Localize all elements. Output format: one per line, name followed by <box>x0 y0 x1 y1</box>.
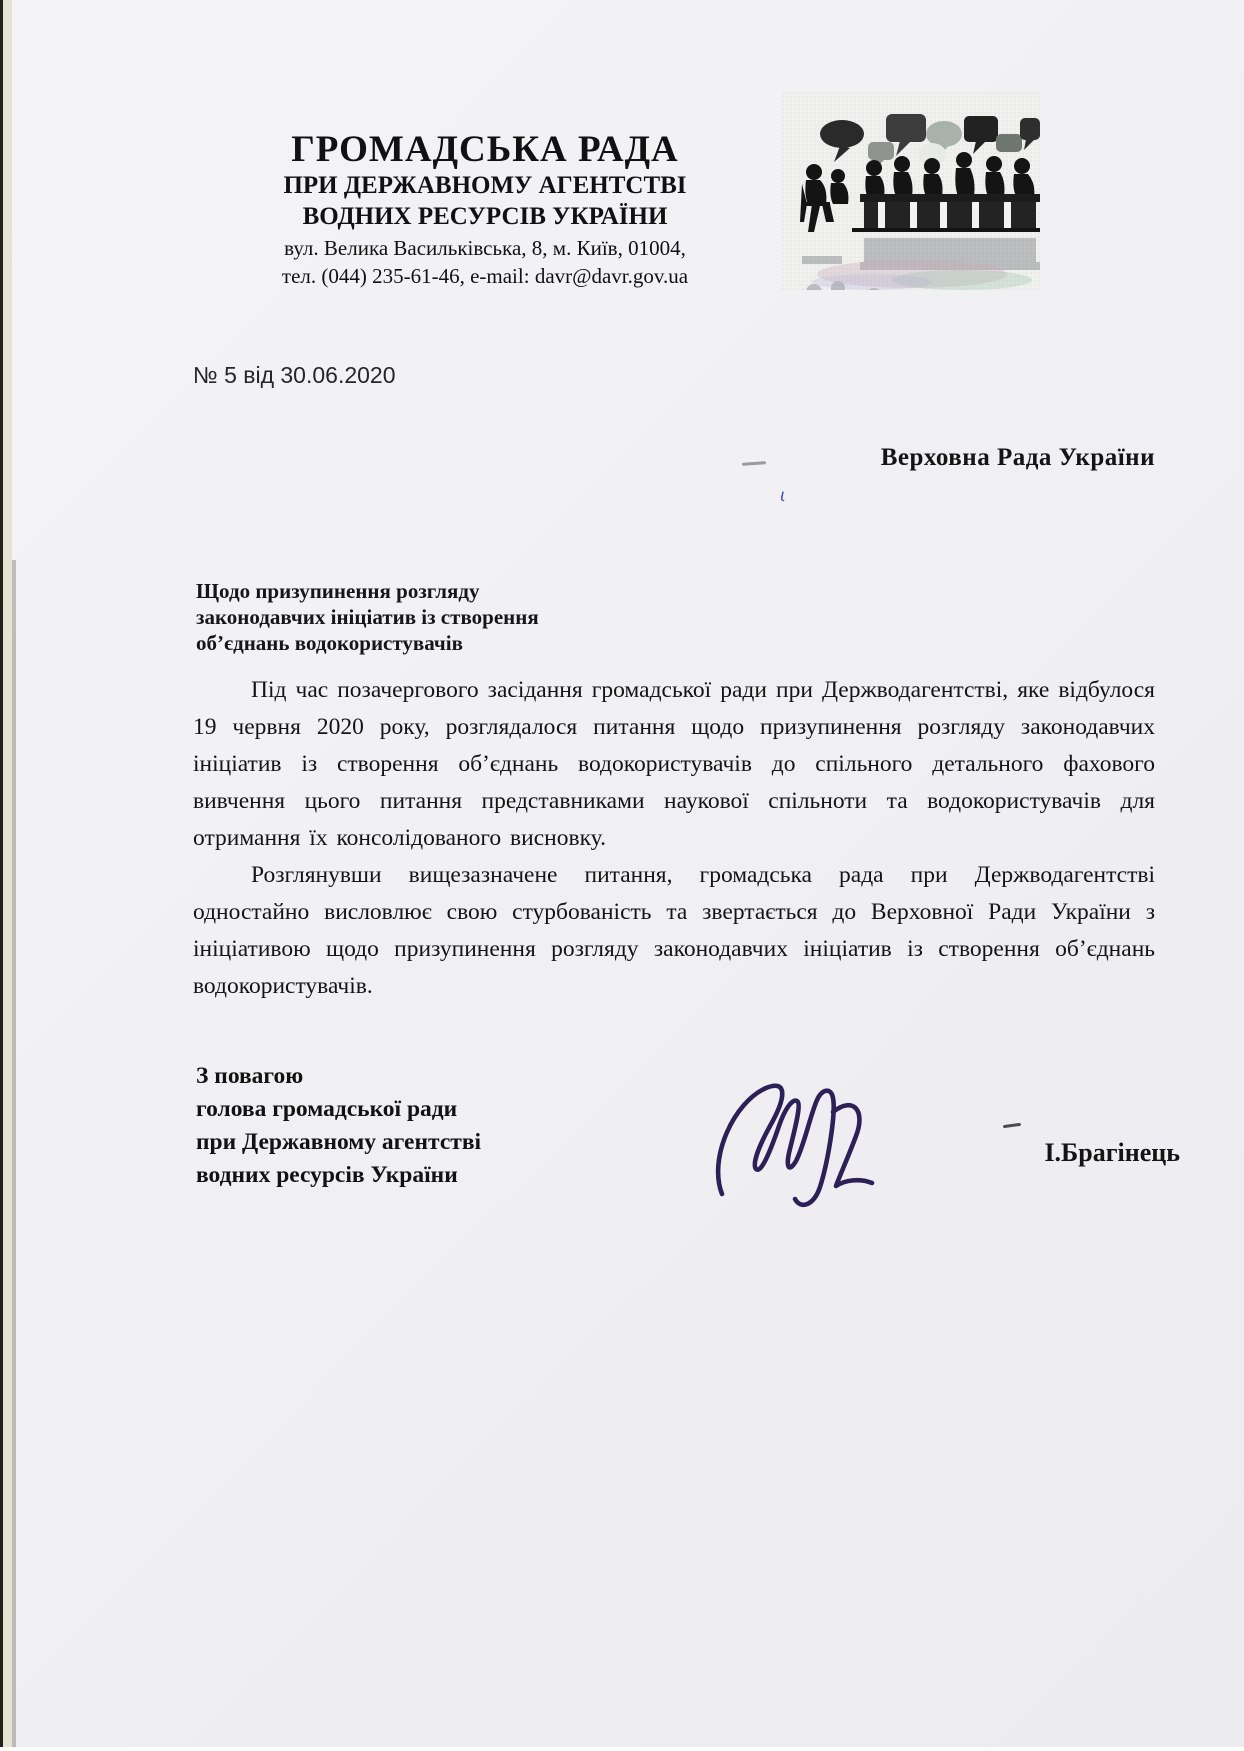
handwritten-signature-icon <box>700 1072 910 1212</box>
closing-line-3: при Державному агентстві <box>196 1126 481 1159</box>
scan-edge-bottom <box>0 1747 1244 1751</box>
subject-line-1: Щодо призупинення розгляду <box>196 578 626 604</box>
conference-logo-image <box>782 92 1040 290</box>
subject-block: Щодо призупинення розгляду законодавчих … <box>196 578 626 656</box>
closing-line-4: водних ресурсів України <box>196 1159 481 1192</box>
org-name-line2: ПРИ ДЕРЖАВНОМУ АГЕНТСТВІ <box>235 170 735 201</box>
signer-name: І.Брагінець <box>905 1138 1180 1168</box>
body-paragraph-2: Розглянувши вищезазначене питання, грома… <box>193 857 1155 1005</box>
closing-line-2: голова громадської ради <box>196 1093 481 1126</box>
org-contact-line: тел. (044) 235-61-46, e-mail: davr@davr.… <box>235 262 735 290</box>
reference-number: № 5 від 30.06.2020 <box>193 362 396 389</box>
signature-image <box>700 1072 910 1212</box>
pen-dash-mark <box>1003 1123 1021 1128</box>
letterhead: ГРОМАДСЬКА РАДА ПРИ ДЕРЖАВНОМУ АГЕНТСТВІ… <box>235 130 735 290</box>
letter-page: ГРОМАДСЬКА РАДА ПРИ ДЕРЖАВНОМУ АГЕНТСТВІ… <box>0 0 1244 1751</box>
addressee: Верховна Рада України <box>700 444 1155 472</box>
body-paragraph-1: Під час позачергового засідання громадсь… <box>193 672 1155 857</box>
subject-line-3: об’єднань водокористувачів <box>196 630 626 656</box>
closing-line-1: З повагою <box>196 1060 481 1093</box>
scan-edge-beige <box>3 0 12 1751</box>
subject-line-2: законодавчих ініціатив із створення <box>196 604 626 630</box>
org-name-line1: ГРОМАДСЬКА РАДА <box>235 130 735 170</box>
conference-discussion-silhouettes-icon <box>782 92 1040 290</box>
closing-block: З повагою голова громадської ради при Де… <box>196 1060 481 1192</box>
letter-body: Під час позачергового засідання громадсь… <box>193 672 1155 1005</box>
org-name-line3: ВОДНИХ РЕСУРСІВ УКРАЇНИ <box>235 201 735 232</box>
scan-edge-shadow <box>12 560 16 1751</box>
blue-pen-mark: ι <box>778 486 788 507</box>
org-address-line: вул. Велика Васильківська, 8, м. Київ, 0… <box>235 234 735 262</box>
